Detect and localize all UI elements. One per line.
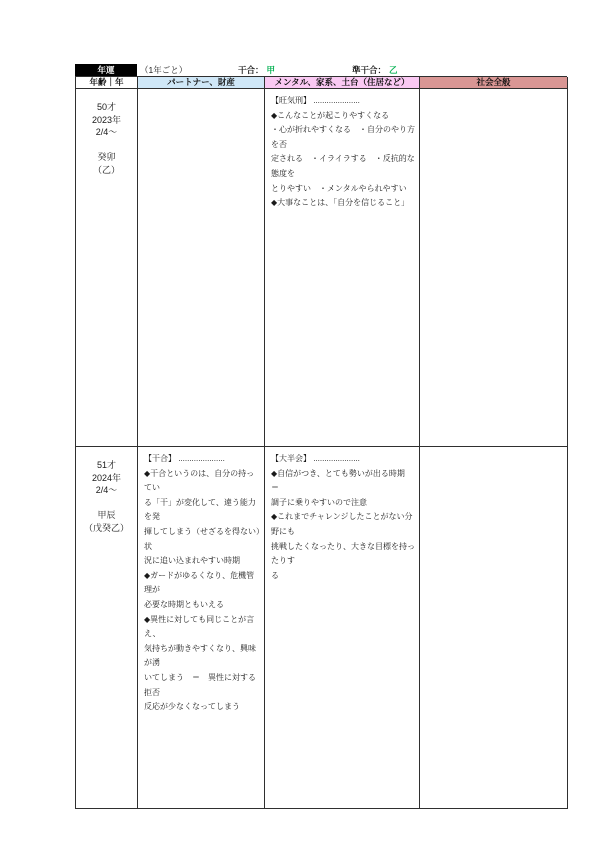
column-header-age-year: 年齢｜年 bbox=[76, 77, 138, 89]
jun-kango-value: 乙 bbox=[389, 65, 398, 75]
jun-kango-label: 準干合： bbox=[352, 65, 386, 75]
document-page: 年運 （1年ごと） 干合：甲 準干合：乙 年齢｜年 パートナー、財産 メンタル、… bbox=[0, 0, 600, 849]
year-fortune-title: 年運 bbox=[75, 64, 137, 76]
cell-society-2024 bbox=[420, 447, 568, 809]
cell-age-year-2023: 50才 2023年 2/4～ 癸卯 （乙） bbox=[76, 89, 138, 447]
cell-mental-family-2024: 【大半会】 ..................... ◆自信がつき、とても勢い… bbox=[265, 447, 420, 809]
column-header-society: 社会全般 bbox=[420, 77, 568, 89]
cell-society-2023 bbox=[420, 89, 568, 447]
kango-value: 甲 bbox=[267, 65, 276, 75]
cell-mental-family-2023: 【旺気刑】 ..................... ◆こんなことが起こりやす… bbox=[265, 89, 420, 447]
fortune-table: 年齢｜年 パートナー、財産 メンタル、家系、土台（住居など） 社会全般 50才 … bbox=[75, 76, 567, 809]
jun-kango-group: 準干合：乙 bbox=[352, 64, 398, 76]
kango-group: 干合：甲 bbox=[238, 64, 275, 76]
kango-label: 干合： bbox=[238, 65, 264, 75]
cell-partner-assets-2023 bbox=[138, 89, 265, 447]
cell-age-year-2024: 51才 2024年 2/4～ 甲辰 （戊癸乙） bbox=[76, 447, 138, 809]
caption-row: 年運 （1年ごと） 干合：甲 準干合：乙 bbox=[0, 64, 600, 76]
period-note: （1年ごと） bbox=[140, 64, 187, 76]
column-header-mental-family: メンタル、家系、土台（住居など） bbox=[265, 77, 420, 89]
column-header-partner-assets: パートナー、財産 bbox=[138, 77, 265, 89]
cell-partner-assets-2024: 【干合】 ..................... ◆干合というのは、自分の持… bbox=[138, 447, 265, 809]
